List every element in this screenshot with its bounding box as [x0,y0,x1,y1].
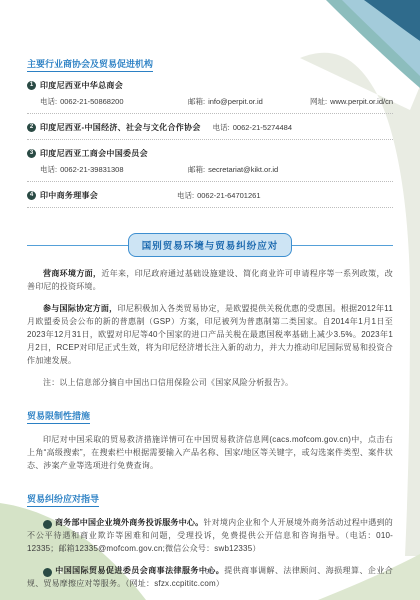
source-note: 注：以上信息部分摘自中国出口信用保险公司《国家风险分析报告》。 [27,376,393,389]
phone-field: 电话:0062-21-5274484 [213,122,292,133]
item-number-badge: 1 [43,520,52,529]
dispute-item: 2中国国际贸易促进委员会商事法律服务中心。提供商事调解、法律顾问、海损理算、企业… [27,564,393,590]
association-name: 印中商务理事会 [40,190,98,201]
banner-rule-left [27,245,128,246]
association-item: 3 印度尼西亚工商会中国委员会 电话:0062-21-39831308 邮箱:s… [27,148,393,182]
banner-title: 国别贸易环境与贸易纠纷应对 [128,233,293,257]
paragraph-lead: 营商环境方面， [43,269,101,278]
email-field: 邮箱:info@perpit.or.id [188,96,310,107]
section-heading-dispute-guidance: 贸易纠纷应对指导 [27,494,99,507]
association-name: 印度尼西亚-中国经济、社会与文化合作协会 [40,122,201,133]
section-heading-restrictions: 贸易限制性措施 [27,411,90,424]
dotted-divider [27,113,393,114]
paragraph-lead: 参与国际协定方面， [43,304,117,313]
email-value: secretariat@kikt.or.id [208,165,278,174]
association-name: 印度尼西亚工商会中国委员会 [40,148,148,159]
dispute-item: 1商务部中国企业境外商务投诉服务中心。针对境内企业和个人开展境外商务活动过程中遇… [27,516,393,555]
paragraph-business-environment: 营商环境方面，近年来，印尼政府通过基础设施建设、简化商业许可申请程序等一系列政策… [27,267,393,293]
section-heading-associations: 主要行业商协会及贸易促进机构 [27,59,153,72]
dispute-title: 商务部中国企业境外商务投诉服务中心。 [55,518,203,527]
item-number-badge: 3 [27,149,36,158]
association-name: 印度尼西亚中华总商会 [40,80,123,91]
phone-value: 0062-21-39831308 [60,165,123,174]
banner-rule-right [292,245,393,246]
paragraph-international-agreements: 参与国际协定方面，印尼积极加入各类贸易协定，是欧盟提供关税优惠的受惠国。根据20… [27,302,393,367]
association-item: 4 印中商务理事会 电话:0062-21-64701261 [27,190,393,208]
paragraph-body: 印尼积极加入各类贸易协定，是欧盟提供关税优惠的受惠国。根据2012年11月欧盟委… [27,304,393,365]
phone-value: 0062-21-64701261 [197,191,260,200]
phone-field: 电话:0062-21-39831308 [40,164,188,175]
item-number-badge: 2 [27,123,36,132]
association-list: 1 印度尼西亚中华总商会 电话:0062-21-50868200 邮箱:info… [27,80,393,208]
item-number-badge: 1 [27,81,36,90]
email-value: info@perpit.or.id [208,97,263,106]
dotted-divider [27,207,393,208]
association-item: 2 印度尼西亚-中国经济、社会与文化合作协会 电话:0062-21-527448… [27,122,393,140]
section-banner: 国别贸易环境与贸易纠纷应对 [27,233,393,257]
dotted-divider [27,181,393,182]
association-item: 1 印度尼西亚中华总商会 电话:0062-21-50868200 邮箱:info… [27,80,393,114]
page-content: 主要行业商协会及贸易促进机构 1 印度尼西亚中华总商会 电话:0062-21-5… [0,0,420,590]
document-page: 主要行业商协会及贸易促进机构 1 印度尼西亚中华总商会 电话:0062-21-5… [0,0,420,600]
paragraph-restrictions: 印尼对中国采取的贸易救济措施详情可在中国贸易救济信息网(cacs.mofcom.… [27,433,393,472]
phone-field: 电话:0062-21-50868200 [40,96,188,107]
web-field: 网址:www.perpit.or.id/cn [310,96,393,107]
phone-value: 0062-21-50868200 [60,97,123,106]
phone-value: 0062-21-5274484 [233,123,292,132]
web-value: www.perpit.or.id/cn [330,97,393,106]
email-field: 邮箱:secretariat@kikt.or.id [188,164,278,175]
item-number-badge: 4 [27,191,36,200]
phone-field: 电话:0062-21-64701261 [177,190,261,201]
page-number: 05 [0,569,420,576]
dotted-divider [27,139,393,140]
